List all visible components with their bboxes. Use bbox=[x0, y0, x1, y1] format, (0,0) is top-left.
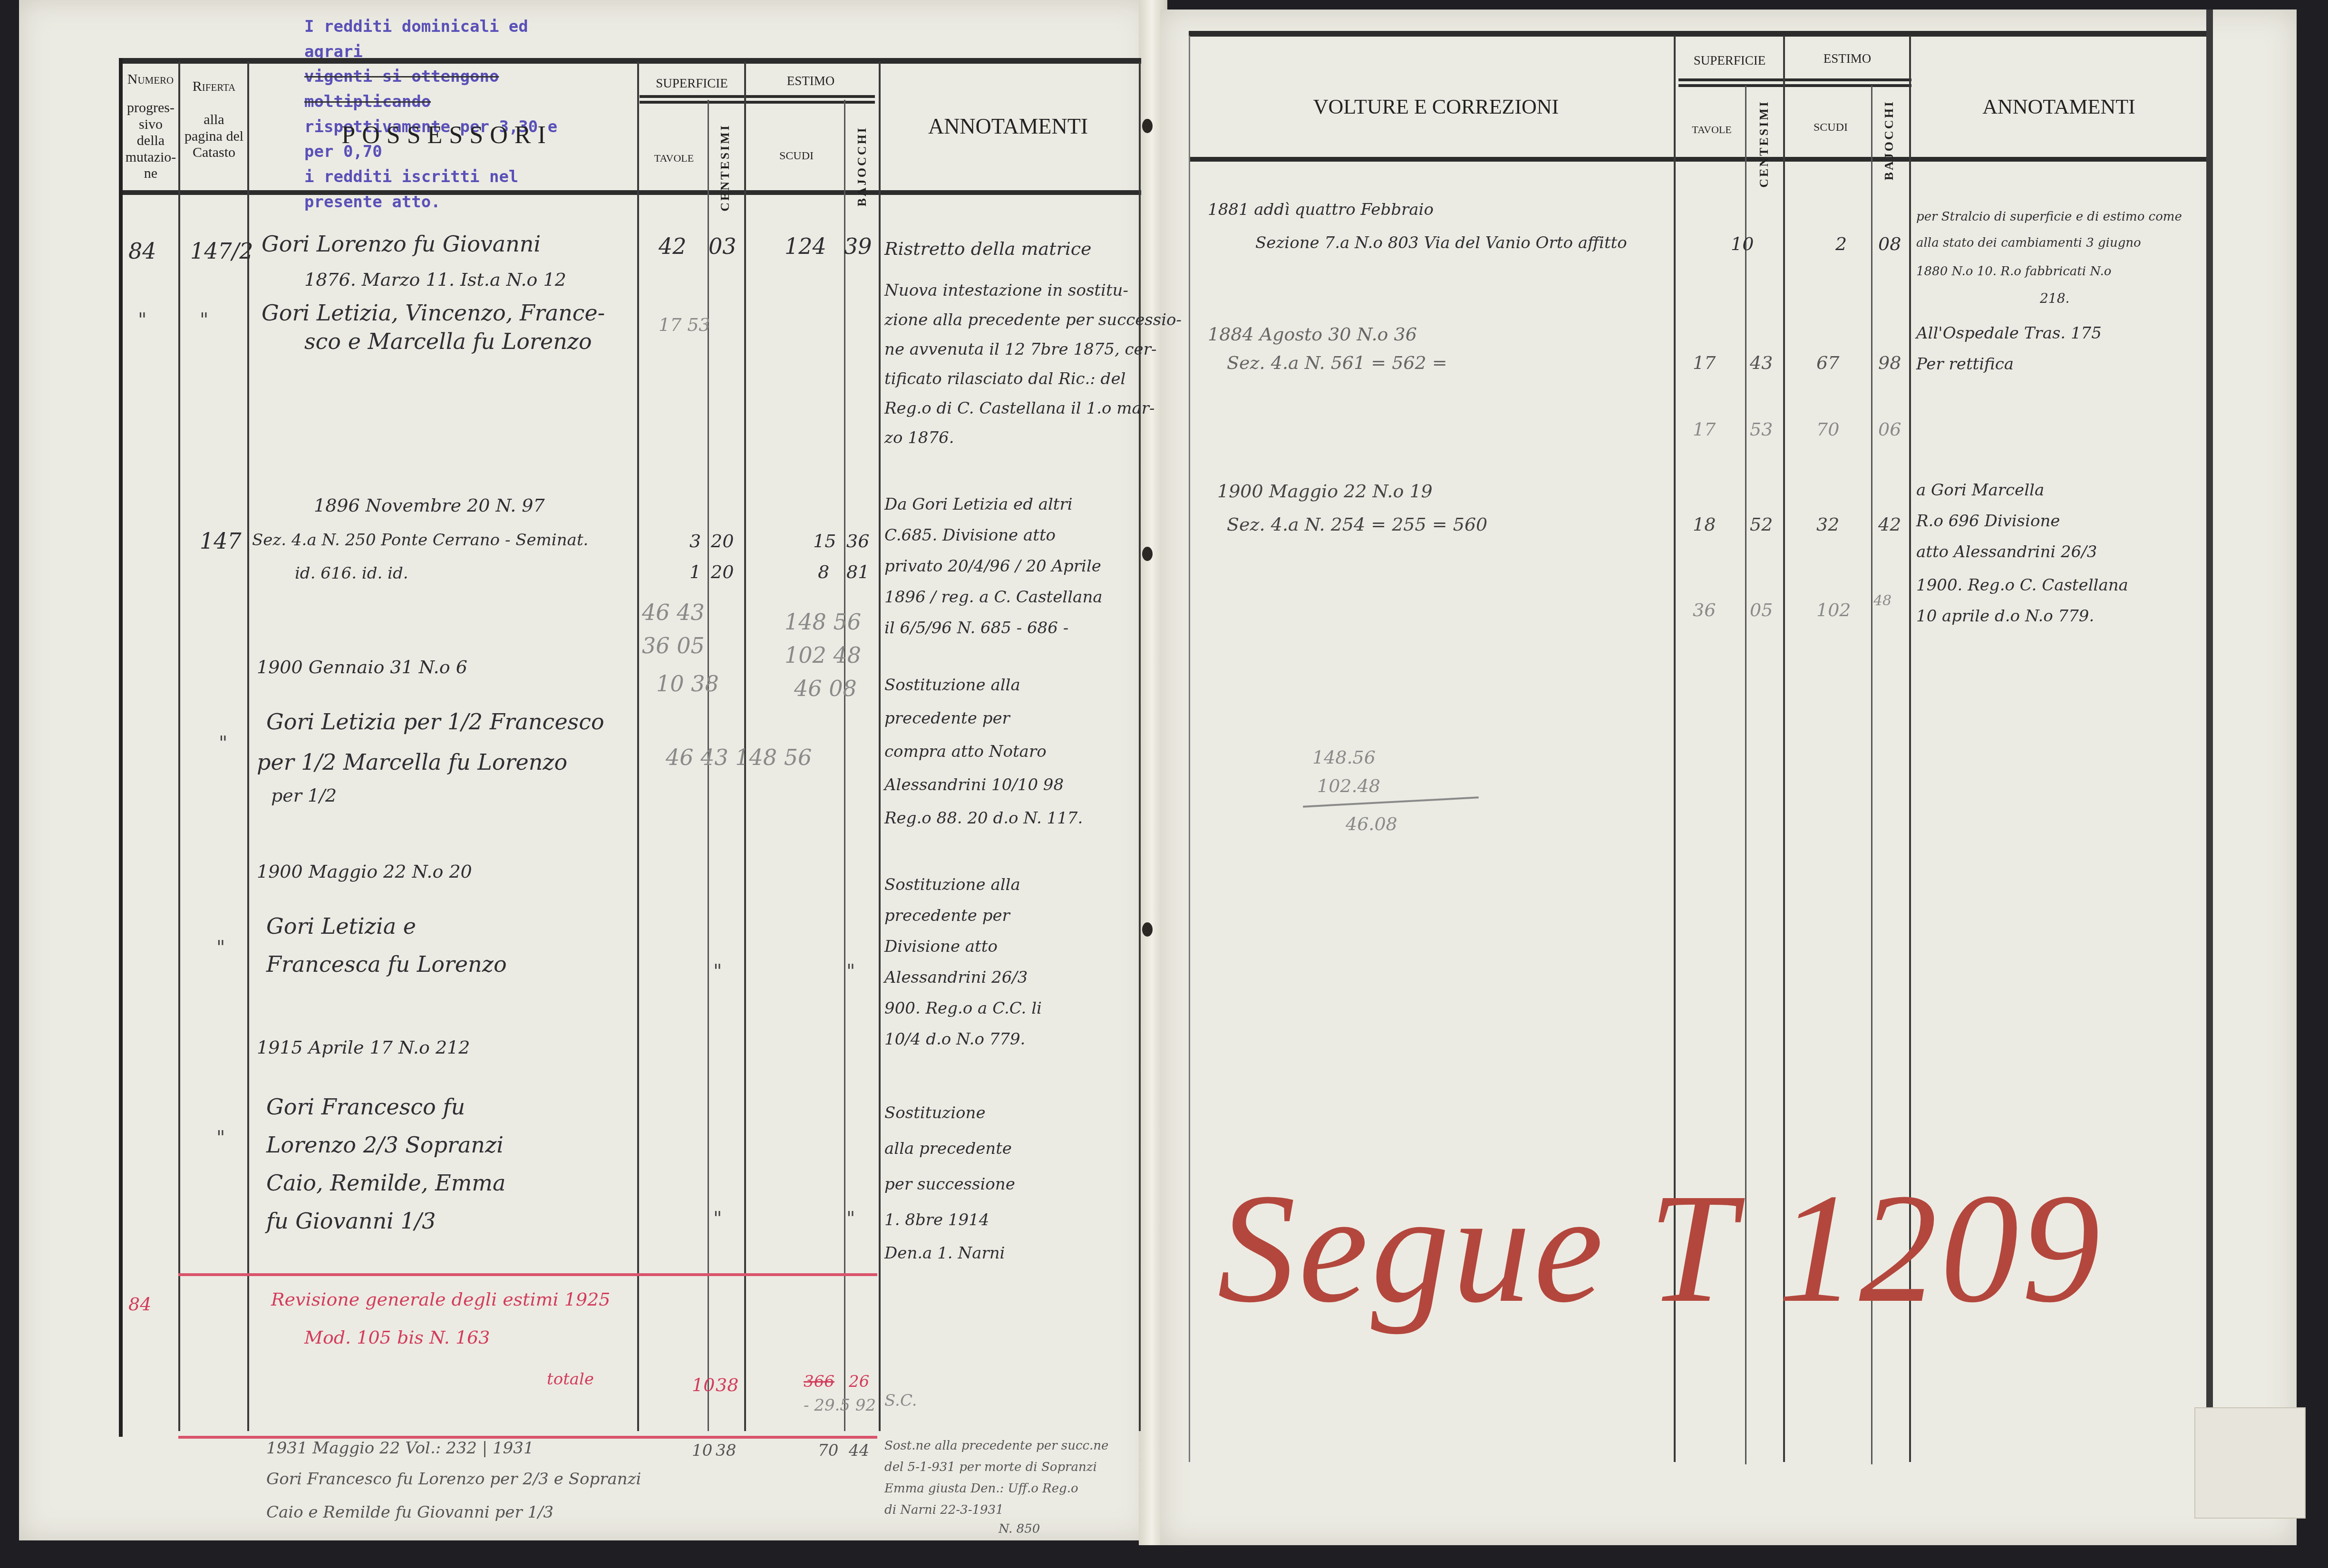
annot-line: 1900. Reg.o C. Castellana bbox=[1916, 575, 2128, 596]
header-centesimi: CENTESIMI bbox=[1757, 100, 1771, 188]
annot-line: 10/4 d.o N.o 779. bbox=[884, 1029, 1025, 1050]
annot-line: Reg.o di C. Castellana il 1.o mar- bbox=[884, 398, 1154, 419]
entry-possessore: fu Giovanni 1/3 bbox=[266, 1208, 436, 1235]
right-border bbox=[1139, 62, 1141, 1431]
entry-parcel: Sez. 4.a N. 250 Ponte Cerrano - Seminat. bbox=[252, 530, 588, 551]
annot-line: ne avvenuta il 12 7bre 1875, cer- bbox=[884, 339, 1156, 360]
left-border bbox=[1189, 36, 1190, 1462]
header-tavole: TAVOLE bbox=[1678, 124, 1745, 136]
entry-centesimi: 38 bbox=[716, 1441, 736, 1461]
revision-rule bbox=[178, 1273, 877, 1276]
volture-parcel: Sez. 4.a N. 254 = 255 = 560 bbox=[1227, 513, 1487, 536]
entry-date: 1900 Gennaio 31 N.o 6 bbox=[257, 656, 467, 679]
header-annotamenti: ANNOTAMENTI bbox=[884, 114, 1132, 139]
col-line bbox=[178, 62, 180, 1431]
entry-possessore: Gori Letizia, Vincenzo, France- bbox=[262, 300, 605, 327]
entry-date: 1900 Maggio 22 N.o 20 bbox=[257, 861, 472, 883]
entry-bajocchi: 44 bbox=[849, 1441, 869, 1461]
annot-line: precedente per bbox=[884, 708, 1010, 729]
entry-centesimi: 20 bbox=[711, 561, 734, 584]
header-tavole: TAVOLE bbox=[642, 152, 706, 164]
entry-possessore: Caio, Remilde, Emma bbox=[266, 1170, 505, 1197]
ditto-mark: " bbox=[138, 309, 146, 331]
entry-centesimi: 20 bbox=[711, 530, 734, 553]
volture-bajocchi: 42 bbox=[1878, 513, 1901, 536]
entry-possessore: Lorenzo 2/3 Sopranzi bbox=[266, 1132, 504, 1159]
header-scudi: SCUDI bbox=[751, 150, 842, 163]
entry-possessore: Gori Francesco fu Lorenzo per 2/3 e Sopr… bbox=[266, 1469, 641, 1490]
revision-centesimi: 38 bbox=[716, 1374, 738, 1397]
pencil-sum: 36 05 bbox=[642, 632, 705, 660]
header-bajocchi: BAJOCCHI bbox=[1882, 100, 1896, 180]
stamp-line: i redditi iscritti nel presente atto. bbox=[304, 165, 580, 214]
revision-bajocchi: 26 bbox=[849, 1372, 869, 1392]
entry-tavole: 1 bbox=[689, 561, 701, 584]
annot-line: Nuova intestazione in sostitu- bbox=[884, 281, 1128, 301]
entry-numero: 84 bbox=[128, 238, 156, 265]
pencil-note: 17 53 bbox=[659, 314, 710, 337]
pencil-tavole: 36 bbox=[1693, 599, 1716, 622]
volture-parcel: Sez. 4.a N. 561 = 562 = bbox=[1227, 352, 1447, 375]
entry-riferta: 147 bbox=[200, 528, 242, 555]
col-line bbox=[844, 100, 845, 1431]
annot-line: Emma giusta Den.: Uff.o Reg.o bbox=[884, 1481, 1078, 1497]
entry-possessore: Caio e Remilde fu Giovanni per 1/3 bbox=[266, 1502, 553, 1523]
entry-possessore: Gori Letizia e bbox=[266, 913, 416, 940]
volture-tavole: 10 bbox=[1731, 233, 1754, 256]
binding-hole bbox=[1142, 922, 1153, 937]
subheader-rule bbox=[640, 95, 875, 98]
annot-line: alla stato dei cambiamenti 3 giugno bbox=[1916, 235, 2141, 251]
volture-scudi: 2 bbox=[1835, 233, 1847, 256]
stamp-line: vigenti si ottengono moltiplicando bbox=[304, 64, 580, 114]
header-numero: Numero bbox=[123, 71, 178, 88]
annot-line: del 5-1-931 per morte di Sopranzi bbox=[884, 1460, 1097, 1475]
revision-numero: 84 bbox=[128, 1293, 151, 1316]
entry-tavole: 10 bbox=[692, 1441, 712, 1461]
entry-scudi: 70 bbox=[818, 1441, 838, 1461]
entry-scudi: 15 bbox=[813, 530, 836, 553]
left-border bbox=[119, 58, 123, 1437]
ditto-mark: " bbox=[846, 960, 855, 982]
entry-bajocchi: 39 bbox=[844, 233, 872, 261]
annot-line: il 6/5/96 N. 685 - 686 - bbox=[884, 618, 1068, 639]
header-riferta-sub: alla pagina del Catasto bbox=[183, 112, 245, 161]
binding-hole bbox=[1142, 547, 1153, 561]
annot-line: All'Ospedale Tras. 175 bbox=[1916, 323, 2102, 344]
page-tab bbox=[2194, 1407, 2306, 1519]
annot-line: 1880 N.o 10. R.o fabbricati N.o bbox=[1916, 264, 2111, 280]
ditto-mark: " bbox=[846, 1208, 855, 1229]
ditto-mark: " bbox=[713, 1208, 722, 1229]
entry-possessore: Gori Francesco fu bbox=[266, 1094, 465, 1121]
header-superficie: SUPERFICIE bbox=[640, 76, 744, 91]
annot-line: Da Gori Letizia ed altri bbox=[884, 494, 1073, 515]
annot-line: 218. bbox=[2040, 290, 2069, 307]
annot-line: alla precedente bbox=[884, 1139, 1012, 1159]
pencil-note: 46 43 148 56 bbox=[666, 744, 812, 772]
annot-line: R.o 696 Divisione bbox=[1916, 511, 2060, 532]
entry-tavole: 3 bbox=[689, 530, 701, 553]
header-superficie: SUPERFICIE bbox=[1676, 53, 1783, 68]
annot-line: Sostituzione alla bbox=[884, 675, 1020, 696]
annot-line: per Stralcio di superficie e di estimo c… bbox=[1916, 209, 2182, 225]
annot-line: 10 aprile d.o N.o 779. bbox=[1916, 606, 2094, 627]
annot-line: 900. Reg.o a C.C. li bbox=[884, 998, 1042, 1019]
header-possessori: POSSESSORI bbox=[266, 121, 628, 150]
pencil-scudi: 70 bbox=[1816, 418, 1839, 441]
annot-line: per successione bbox=[884, 1174, 1015, 1195]
ditto-mark: " bbox=[216, 937, 225, 958]
header-riferta: Riferta bbox=[181, 78, 247, 95]
revision-pencil: - 29.5 92 bbox=[804, 1395, 876, 1416]
annot-line: privato 20/4/96 / 20 Aprile bbox=[884, 556, 1101, 577]
annot-line: zione alla precedente per successio- bbox=[884, 310, 1182, 330]
volture-date: 1881 addì quattro Febbraio bbox=[1208, 200, 1434, 220]
header-centesimi: CENTESIMI bbox=[718, 124, 732, 212]
entry-bajocchi: 36 bbox=[846, 530, 869, 553]
pencil-centesimi: 05 bbox=[1750, 599, 1773, 622]
pencil-tavole: 17 bbox=[1693, 418, 1716, 441]
pencil-bajocchi: 48 bbox=[1873, 592, 1891, 610]
binding-hole bbox=[1142, 119, 1153, 133]
annot-line: tificato rilasciato dal Ric.: del bbox=[884, 369, 1125, 389]
entry-date: 1931 Maggio 22 Vol.: 232 | 1931 bbox=[266, 1438, 534, 1459]
annot-line: a Gori Marcella bbox=[1916, 480, 2044, 501]
annot-line: N. 850 bbox=[999, 1521, 1040, 1537]
volture-tavole: 18 bbox=[1693, 513, 1716, 536]
header-estimo: ESTIMO bbox=[1785, 51, 1909, 66]
entry-annotamento: Ristretto della matrice bbox=[884, 238, 1092, 261]
volture-bajocchi: 08 bbox=[1878, 233, 1901, 256]
volture-scudi: 67 bbox=[1816, 352, 1839, 375]
volture-parcel: Sezione 7.a N.o 803 Via del Vanio Orto a… bbox=[1255, 233, 1627, 253]
entry-possessore: per 1/2 bbox=[271, 784, 337, 807]
header-top-rule bbox=[119, 58, 1141, 64]
annot-line: Sostituzione bbox=[884, 1103, 986, 1123]
header-numero-sub: progres-sivo della mutazio-ne bbox=[125, 100, 177, 182]
entry-possessore: Francesca fu Lorenzo bbox=[266, 951, 507, 978]
ditto-mark: " bbox=[200, 309, 208, 331]
stamp-note: I redditi dominicali ed agrari vigenti s… bbox=[304, 14, 580, 215]
pencil-sum: 10 38 bbox=[656, 670, 719, 698]
entry-scudi: 8 bbox=[818, 561, 829, 584]
revision-mod: Mod. 105 bis N. 163 bbox=[304, 1326, 490, 1349]
volture-bajocchi: 98 bbox=[1878, 352, 1901, 375]
annot-line: C.685. Divisione atto bbox=[884, 525, 1056, 546]
subheader-rule bbox=[1678, 78, 1911, 81]
annot-line: Divisione atto bbox=[884, 937, 998, 957]
ditto-mark: " bbox=[216, 1127, 225, 1149]
pencil-bajocchi: 06 bbox=[1878, 418, 1901, 441]
entry-possessore: Gori Letizia per 1/2 Francesco bbox=[266, 708, 604, 736]
pencil-calc: 148.56 bbox=[1312, 746, 1376, 769]
pencil-sum: 46 43 bbox=[642, 599, 705, 627]
entry-bajocchi: 81 bbox=[846, 561, 869, 584]
right-border bbox=[2206, 10, 2213, 1436]
entry-parcel: id. 616. id. id. bbox=[295, 563, 408, 584]
header-estimo: ESTIMO bbox=[747, 74, 875, 88]
pencil-calc: 46.08 bbox=[1346, 813, 1397, 836]
annot-line: di Narni 22-3-1931 bbox=[884, 1502, 1004, 1518]
col-line bbox=[247, 62, 249, 1431]
volture-scudi: 32 bbox=[1816, 513, 1839, 536]
annot-line: Sostituzione alla bbox=[884, 875, 1020, 895]
annot-line: Alessandrini 26/3 bbox=[884, 968, 1028, 988]
volture-centesimi: 52 bbox=[1750, 513, 1773, 536]
red-crayon-note: Segue T 1209 bbox=[1217, 1151, 2103, 1347]
stamp-line: I redditi dominicali ed agrari bbox=[304, 14, 580, 64]
ditto-mark: " bbox=[713, 960, 722, 982]
pencil-estimo: 46 08 bbox=[794, 675, 857, 703]
pencil-calc: 102.48 bbox=[1317, 775, 1380, 798]
ditto-mark: " bbox=[219, 732, 227, 754]
header-top-rule bbox=[1189, 31, 2206, 37]
annot-line: Den.a 1. Narni bbox=[884, 1243, 1005, 1264]
entry-possessore: per 1/2 Marcella fu Lorenzo bbox=[257, 749, 567, 776]
volture-tavole: 17 bbox=[1693, 352, 1716, 375]
entry-date: 1915 Aprile 17 N.o 212 bbox=[257, 1036, 470, 1059]
entry-centesimi: 03 bbox=[708, 233, 737, 261]
entry-riferta: 147/2 bbox=[190, 238, 253, 265]
revision-scudi-struck: 366 bbox=[804, 1372, 834, 1392]
volture-date: 1884 Agosto 30 N.o 36 bbox=[1208, 323, 1417, 346]
revision-title: Revisione generale degli estimi 1925 bbox=[271, 1288, 611, 1311]
header-bajocchi: BAJOCCHI bbox=[855, 126, 869, 206]
annot-line: 1896 / reg. a C. Castellana bbox=[884, 587, 1103, 608]
volture-date: 1900 Maggio 22 N.o 19 bbox=[1217, 480, 1433, 503]
revision-tavole: 10 bbox=[692, 1374, 715, 1397]
pencil-scudi: 102 bbox=[1816, 599, 1851, 622]
annot-line: precedente per bbox=[884, 906, 1010, 926]
entry-date: 1896 Novembre 20 N. 97 bbox=[314, 494, 545, 517]
volture-centesimi: 43 bbox=[1750, 352, 1773, 375]
col-line bbox=[879, 62, 881, 1431]
annot-line: Sost.ne alla precedente per succ.ne bbox=[884, 1438, 1108, 1454]
pencil-centesimi: 53 bbox=[1750, 418, 1773, 441]
annot-line: compra atto Notaro bbox=[884, 742, 1047, 762]
annot-line: Reg.o 88. 20 d.o N. 117. bbox=[884, 808, 1083, 829]
annot-line: Per rettifica bbox=[1916, 354, 2014, 375]
revision-totale-label: totale bbox=[547, 1369, 594, 1390]
annot-line: Alessandrini 10/10 98 bbox=[884, 775, 1064, 795]
header-bottom-rule bbox=[119, 190, 1141, 195]
pencil-estimo: 148 56 bbox=[785, 609, 861, 636]
header-volture: VOLTURE E CORREZIONI bbox=[1198, 95, 1674, 119]
revision-annot: S.C. bbox=[884, 1391, 917, 1411]
annot-line: 1. 8bre 1914 bbox=[884, 1210, 989, 1230]
entry-date: 1876. Marzo 11. Ist.a N.o 12 bbox=[304, 269, 566, 291]
annot-line: zo 1876. bbox=[884, 428, 954, 448]
annot-line: atto Alessandrini 26/3 bbox=[1916, 542, 2097, 562]
entry-tavole: 42 bbox=[659, 233, 687, 261]
header-annotamenti: ANNOTAMENTI bbox=[1916, 95, 2202, 119]
entry-possessore: sco e Marcella fu Lorenzo bbox=[304, 328, 592, 356]
col-line bbox=[637, 62, 639, 1431]
pencil-estimo: 102 48 bbox=[785, 642, 861, 669]
entry-possessore: Gori Lorenzo fu Giovanni bbox=[262, 231, 541, 258]
header-scudi: SCUDI bbox=[1793, 121, 1869, 135]
header-bottom-rule bbox=[1189, 157, 2206, 162]
entry-scudi: 124 bbox=[785, 233, 826, 261]
